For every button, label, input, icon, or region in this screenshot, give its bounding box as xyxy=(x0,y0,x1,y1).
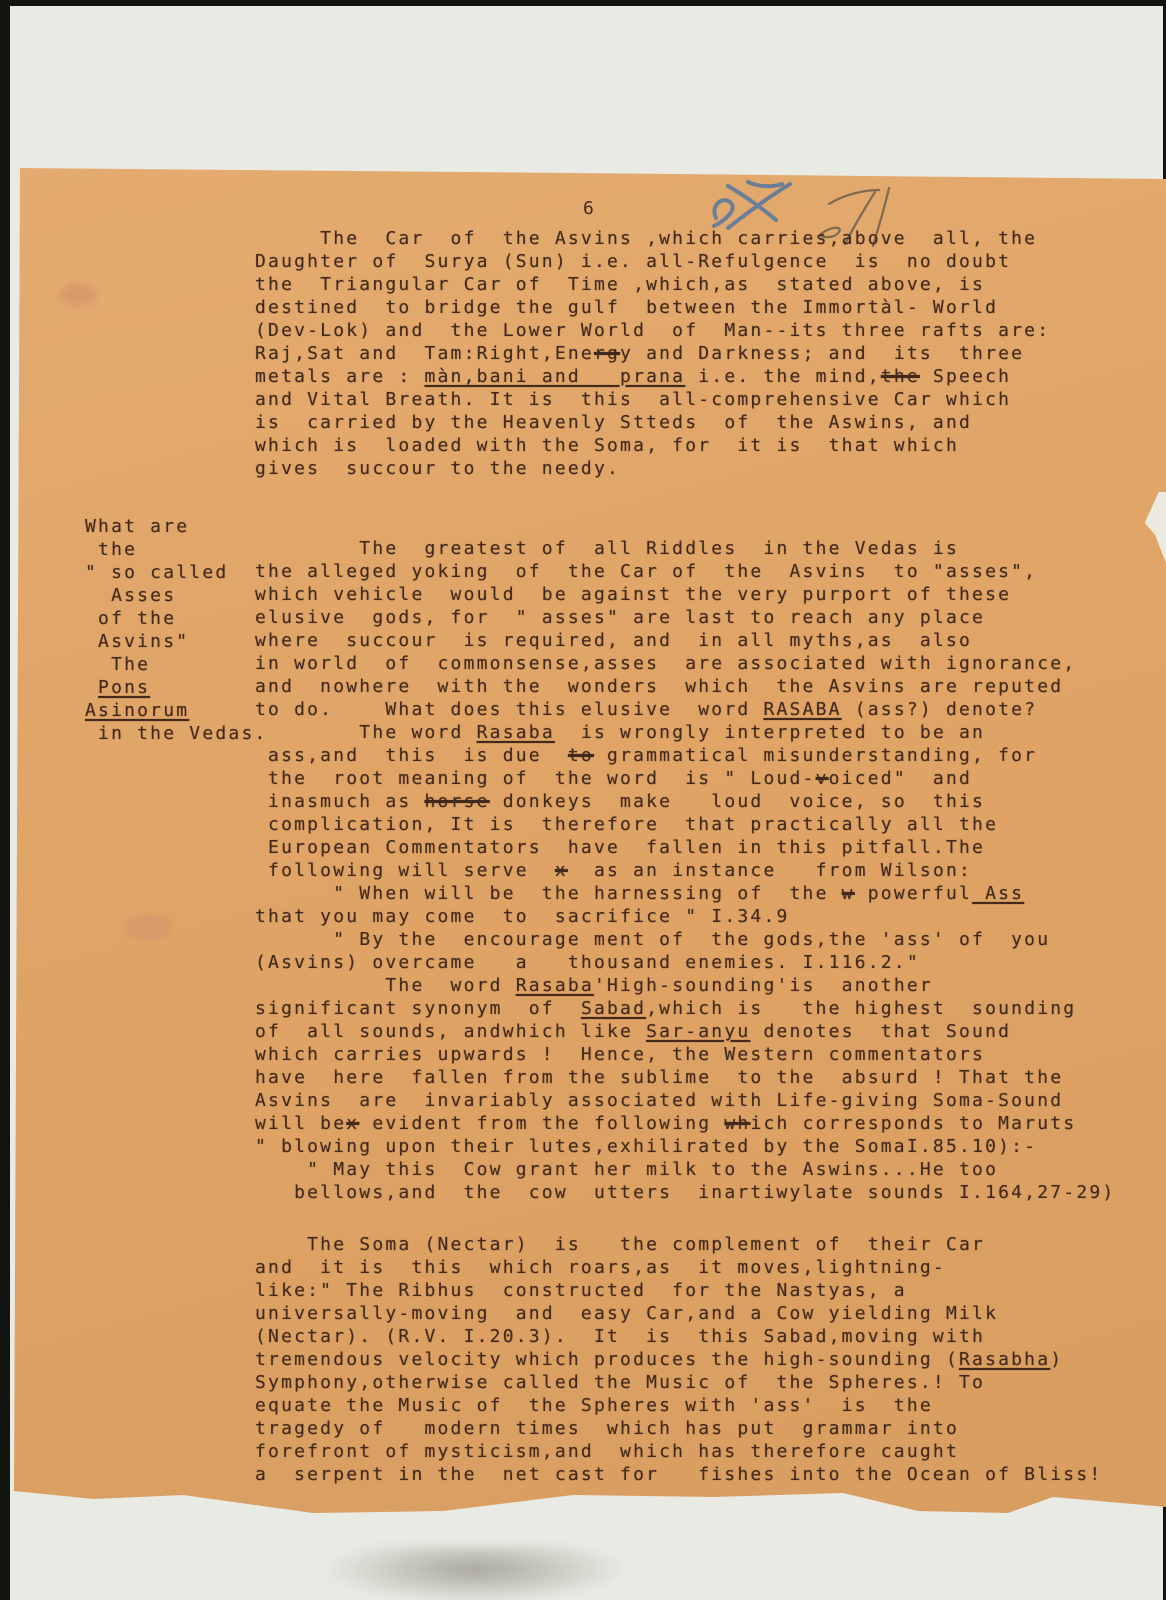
typed-line: ass,and this is due to grammatical misun… xyxy=(255,744,1115,767)
ink-smudge xyxy=(126,914,172,940)
typed-line: Pons xyxy=(85,676,268,699)
typed-line: destined to bridge the gulf between the … xyxy=(255,296,1050,319)
typed-line: Daughter of Surya (Sun) i.e. all-Refulge… xyxy=(255,250,1050,273)
typed-line: which vehicle would be against the very … xyxy=(255,583,1115,606)
typed-line: " By the encourage ment of the gods,the … xyxy=(255,928,1115,951)
typed-line: the alleged yoking of the Car of the Asv… xyxy=(255,560,1115,583)
typed-line: like:" The Ribhus constructed for the Na… xyxy=(255,1279,1102,1302)
body-paragraph-2: The greatest of all Riddles in the Vedas… xyxy=(255,537,1115,1204)
page-number: 6 xyxy=(583,198,596,219)
typed-line: Asvins" xyxy=(85,630,268,653)
typed-line: of the xyxy=(85,607,268,630)
typed-line: have here fallen from the sublime to the… xyxy=(255,1066,1115,1089)
typed-line: universally-moving and easy Car,and a Co… xyxy=(255,1302,1102,1325)
paper: 6 What are the" so called Asses of the A… xyxy=(12,160,1166,1532)
typed-line: The xyxy=(85,653,268,676)
typed-line: the Triangular Car of Time ,which,as sta… xyxy=(255,273,1050,296)
typed-line: will bex evident from the following whic… xyxy=(255,1112,1115,1135)
typed-line: forefront of mysticism,and which has the… xyxy=(255,1440,1102,1463)
typed-line: The word Rasaba'High-sounding'is another xyxy=(255,974,1115,997)
typed-line: elusive gods, for " asses" are last to r… xyxy=(255,606,1115,629)
typed-line: which is loaded with the Soma, for it is… xyxy=(255,434,1050,457)
typed-line: complication, It is therefore that pract… xyxy=(255,813,1115,836)
typed-line: " May this Cow grant her milk to the Asw… xyxy=(255,1158,1115,1181)
ink-smudge xyxy=(60,284,96,306)
typed-line: The greatest of all Riddles in the Vedas… xyxy=(255,537,1115,560)
typed-line: The Car of the Asvins ,which carries,abo… xyxy=(255,227,1050,250)
typed-line: the xyxy=(85,538,268,561)
typed-line: Asvins are invariably associated with Li… xyxy=(255,1089,1115,1112)
typed-line: the root meaning of the word is " Loud-v… xyxy=(255,767,1115,790)
typed-line: in world of commonsense,asses are associ… xyxy=(255,652,1115,675)
typed-line: gives succour to the needy. xyxy=(255,457,1050,480)
typed-line: The Soma (Nectar) is the complement of t… xyxy=(255,1233,1102,1256)
typed-line: where succour is required, and in all my… xyxy=(255,629,1115,652)
scanned-document-page: 6 What are the" so called Asses of the A… xyxy=(0,0,1166,1600)
typed-line: (Dev-Lok) and the Lower World of Man--it… xyxy=(255,319,1050,342)
typed-line: tragedy of modern times which has put gr… xyxy=(255,1417,1102,1440)
typed-line: " so called xyxy=(85,561,268,584)
typed-line: tremendous velocity which produces the h… xyxy=(255,1348,1102,1371)
typed-line: bellows,and the cow utters inartiwylate … xyxy=(255,1181,1115,1204)
typed-line: significant synonym of Sabad,which is th… xyxy=(255,997,1115,1020)
typed-line: equate the Music of the Spheres with 'as… xyxy=(255,1394,1102,1417)
typed-line: that you may come to sacrifice " I.34.9 xyxy=(255,905,1115,928)
typed-line: What are xyxy=(85,515,268,538)
typed-line: following will serve x as an instance fr… xyxy=(255,859,1115,882)
typed-line: and Vital Breath. It is this all-compreh… xyxy=(255,388,1050,411)
typed-line: in the Vedas. xyxy=(85,722,268,745)
typed-line: " blowing upon their lutes,exhilirated b… xyxy=(255,1135,1115,1158)
typed-line: a serpent in the net cast for fishes int… xyxy=(255,1463,1102,1486)
typed-line: European Commentators have fallen in thi… xyxy=(255,836,1115,859)
typed-line: which carries upwards ! Hence, the Weste… xyxy=(255,1043,1115,1066)
body-paragraph-3: The Soma (Nectar) is the complement of t… xyxy=(255,1233,1102,1486)
typed-line: " When will be the harnessing of the w p… xyxy=(255,882,1115,905)
handwritten-blue-scribble-88 xyxy=(698,178,808,232)
typed-line: and it is this which roars,as it moves,l… xyxy=(255,1256,1102,1279)
typed-line: is carried by the Heavenly Stteds of the… xyxy=(255,411,1050,434)
torn-edge-notch xyxy=(1140,492,1166,566)
typed-line: Symphony,otherwise called the Music of t… xyxy=(255,1371,1102,1394)
typed-line: (Asvins) overcame a thousand enemies. I.… xyxy=(255,951,1115,974)
margin-note: What are the" so called Asses of the Asv… xyxy=(85,515,268,745)
scan-shadow xyxy=(320,1546,630,1600)
typed-line: Asses xyxy=(85,584,268,607)
typed-line: Asinorum xyxy=(85,699,268,722)
typed-line: inasmuch as horse donkeys make loud voic… xyxy=(255,790,1115,813)
typed-line: Raj,Sat and Tam:Right,Energy and Darknes… xyxy=(255,342,1050,365)
typed-line: to do. What does this elusive word RASAB… xyxy=(255,698,1115,721)
typed-line: (Nectar). (R.V. I.20.3). It is this Saba… xyxy=(255,1325,1102,1348)
typed-line: metals are : màn,bani and prana i.e. the… xyxy=(255,365,1050,388)
body-paragraph-1: The Car of the Asvins ,which carries,abo… xyxy=(255,227,1050,480)
typed-line: The word Rasaba is wrongly interpreted t… xyxy=(255,721,1115,744)
typed-line: and nowhere with the wonders which the A… xyxy=(255,675,1115,698)
typed-line: of all sounds, andwhich like Sar-anyu de… xyxy=(255,1020,1115,1043)
